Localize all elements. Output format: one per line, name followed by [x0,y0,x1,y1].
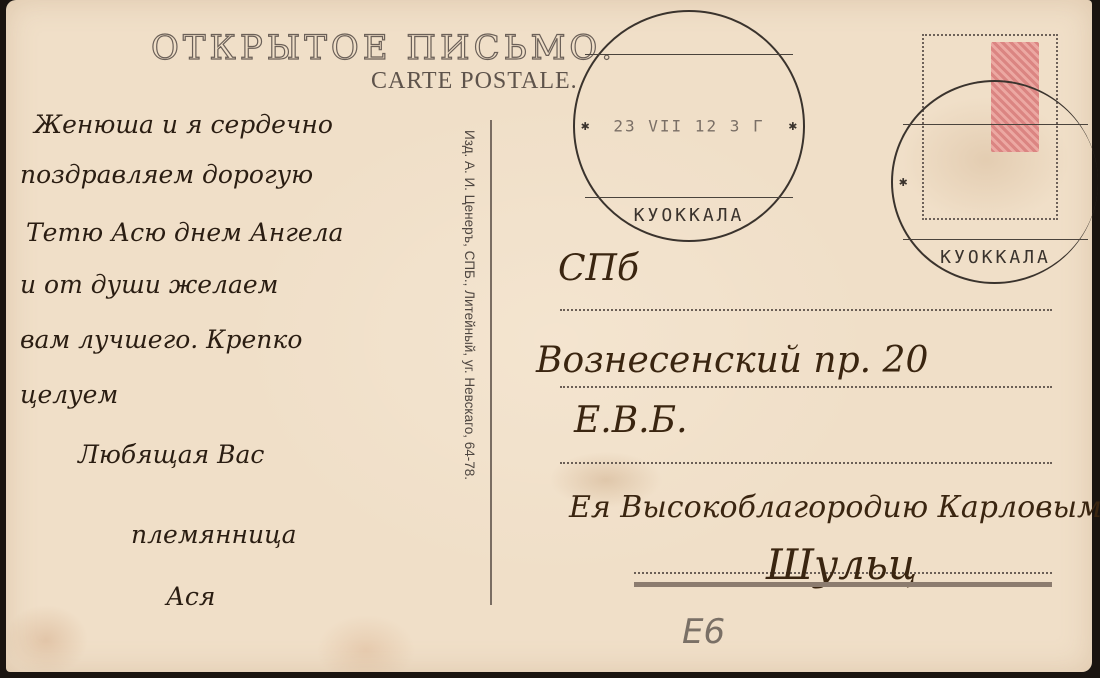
message-signoff: Любящая Вас [78,440,264,469]
message-line: целуем [20,380,118,409]
message-line: вам лучшего. Крепко [20,325,302,354]
address-dotted-line [560,386,1052,388]
message-signature: Ася [166,582,216,611]
address-underline-bar [634,582,1052,587]
postmark-date: 23 VII 12 3 Г [575,117,803,136]
star-icon: ✱ [899,174,907,190]
postmark-town: КУОККАЛА [575,205,803,226]
postcard-title-french: CARTE POSTALE. [371,68,578,95]
postcard-back: ОТКРЫТОЕ ПИСЬМО. CARTE POSTALE. Изд. А. … [6,0,1092,672]
postmark-ring [903,124,1088,240]
message-line: поздравляем дорогую [20,160,313,189]
postcard-title-russian: ОТКРЫТОЕ ПИСЬМО. [151,28,616,68]
address-recipient: Ея Высокоблагородию Карловым [569,490,1100,525]
message-line: Тетю Асю днем Ангела [26,218,343,247]
address-street: Вознесенский пр. 20 [536,340,928,381]
address-city: СПб [558,248,639,289]
postmark-kuokkala-2: ✱ КУОККАЛА [891,80,1098,284]
pencil-note: Е6 [682,612,725,652]
message-signoff: племянница [131,520,296,549]
message-line: Женюша и я сердечно [34,110,333,139]
address-dotted-line [560,462,1052,464]
address-title: Е.В.Б. [574,400,688,441]
center-divider [490,120,492,605]
postmark-kuokkala-1: ✱ 23 VII 12 3 Г ✱ КУОККАЛА [573,10,805,242]
message-line: и от души желаем [20,270,278,299]
publisher-imprint: Изд. А. И. Ценеръ, СПБ., Литейный, уг. Н… [462,130,477,610]
address-dotted-line [560,309,1052,311]
star-icon: ✱ [789,118,797,134]
postmark-town: КУОККАЛА [893,247,1098,268]
